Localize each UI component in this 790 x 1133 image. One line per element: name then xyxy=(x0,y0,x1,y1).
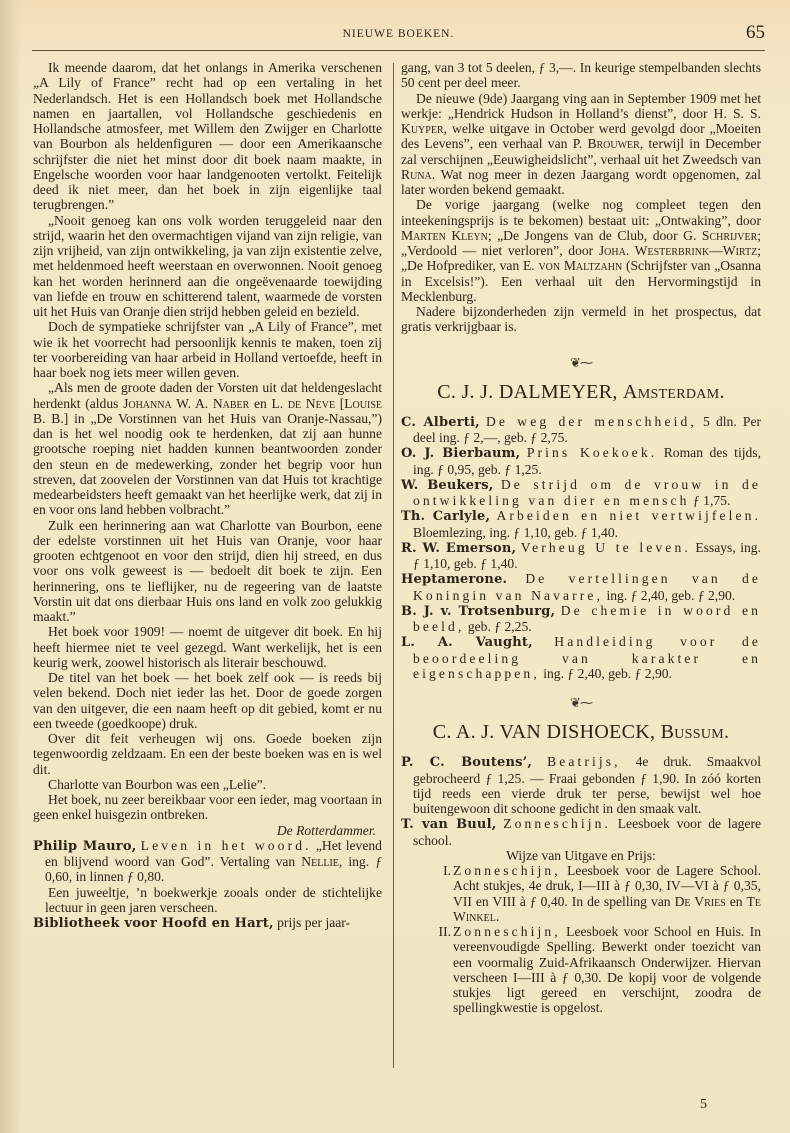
publisher-name: C. J. J. DALMEYER, xyxy=(437,381,617,403)
author-name: Marten Kleyn xyxy=(401,228,488,243)
author-name: Runa xyxy=(401,167,432,182)
publisher-heading-dalmeyer: C. J. J. DALMEYER, Amsterdam. xyxy=(401,380,761,404)
entry-author: Heptamerone. xyxy=(401,572,507,587)
author-name: Johanna W. A. Naber xyxy=(123,396,249,411)
signature-mark: 5 xyxy=(700,1097,707,1113)
paragraph: gang, van 3 tot 5 deelen, ƒ 3,—. In keur… xyxy=(401,60,761,91)
author-name: von Maltzahn xyxy=(538,258,622,273)
text: ; „De Jongens van de Club, door G. xyxy=(488,228,702,243)
paragraph: Ik meende daarom, dat het onlangs in Ame… xyxy=(33,60,382,213)
text: en L. xyxy=(249,396,287,411)
text: en xyxy=(726,894,747,909)
edition-number: II. xyxy=(427,924,451,939)
column-divider xyxy=(393,63,394,1068)
header-rule xyxy=(32,50,765,51)
page-number: 65 xyxy=(746,22,765,44)
entry-details: Bloemlezing, ing. ƒ 1,10, geb. ƒ 1,40. xyxy=(413,525,618,540)
page-binding-shadow xyxy=(0,0,22,1133)
author-name: Joha. Westerbrink—Wirtz xyxy=(599,243,757,258)
book-entry: W. Beukers, De strijd om de vrouw in de … xyxy=(401,477,761,509)
entry-title: Verheug U te leven. xyxy=(521,540,691,555)
text: . xyxy=(496,909,499,924)
paragraph: De nieuwe (9de) Jaargang ving aan in Sep… xyxy=(401,91,761,198)
entry-title: Leven in het woord. xyxy=(141,838,312,853)
book-entry-bibliotheek: Bibliotheek voor Hoofd en Hart, prijs pe… xyxy=(33,915,382,931)
entry-details: ƒ 1,75. xyxy=(690,493,731,508)
paragraph: Over dit feit verheugen wij ons. Goede b… xyxy=(33,731,382,777)
text: Een juweeltje, ’n boekwerkje zooals onde… xyxy=(45,885,382,915)
book-entry: O. J. Bierbaum, Prins Koekoek. Roman des… xyxy=(401,445,761,477)
text: ] in „De Vorstinnen van het Huis van Ora… xyxy=(33,411,382,518)
entry-title: De weg der menschheid, xyxy=(486,414,697,429)
edition-heading: Wijze van Uitgave en Prijs: xyxy=(401,848,761,863)
book-entry: R. W. Emerson, Verheug U te leven. Essay… xyxy=(401,540,761,572)
text: , ing. xyxy=(339,854,375,869)
running-title: NIEUWE BOEKEN. xyxy=(32,28,765,40)
entry-author: R. W. Emerson, xyxy=(401,541,516,556)
author-name: De Vries xyxy=(675,894,726,909)
entry-author: T. van Buul, xyxy=(401,817,496,832)
entry-title: Zonneschijn, xyxy=(453,924,561,939)
paragraph: Het boek, nu zeer bereikbaar voor een ie… xyxy=(33,792,382,823)
entry-title: Zonneschijn, xyxy=(453,863,561,878)
right-column: gang, van 3 tot 5 deelen, ƒ 3,—. In keur… xyxy=(401,60,761,1016)
fleuron-ornament-icon: ❦⁓ xyxy=(401,695,761,710)
book-entry-boutens: P. C. Boutens’, Beatrijs, 4e druk. Smaak… xyxy=(401,754,761,816)
book-entry: C. Alberti, De weg der menschheid, 5 dln… xyxy=(401,414,761,446)
book-entry-mauro: Philip Mauro, Leven in het woord. „Het l… xyxy=(33,838,382,885)
text: 0,60, in linnen xyxy=(45,869,127,884)
fleuron-ornament-icon: ❦⁓ xyxy=(401,355,761,370)
paragraph: Doch de sympatieke schrijfster van „A Li… xyxy=(33,319,382,380)
florin-sign: ƒ xyxy=(127,869,134,884)
paragraph: Zulk een herinnering aan wat Charlotte v… xyxy=(33,518,382,625)
entry-author: B. J. v. Trotsenburg, xyxy=(401,604,555,619)
book-entry: Heptamerone. De vertellingen van de Koni… xyxy=(401,571,761,603)
text: [ xyxy=(335,396,344,411)
text: De nieuwe (9de) Jaargang ving aan in Sep… xyxy=(401,91,761,121)
text: 0,80. xyxy=(134,869,165,884)
entry-author: Philip Mauro, xyxy=(33,839,136,854)
publisher-heading-dishoeck: C. A. J. VAN DISHOECK, Bussum. xyxy=(401,720,761,744)
publisher-city: Bussum. xyxy=(661,721,730,743)
text: . Wat nog meer in dezen Jaargang wordt o… xyxy=(401,167,761,197)
edition-number: I. xyxy=(427,863,451,878)
page-header: NIEUWE BOEKEN. 65 xyxy=(32,20,765,50)
paragraph: Charlotte van Bourbon was een „Lelie”. xyxy=(33,777,382,792)
book-entry-vanbuul: T. van Buul, Zonneschijn. Leesboek voor … xyxy=(401,816,761,848)
book-entry: L. A. Vaught, Handleiding voor de beoord… xyxy=(401,634,761,681)
paragraph: Het boek voor 1909! — noemt de uitgever … xyxy=(33,624,382,670)
paragraph: „Nooit genoeg kan ons volk worden terugg… xyxy=(33,213,382,320)
edition-item: I.Zonneschijn, Leesboek voor de Lagere S… xyxy=(401,863,761,924)
paragraph: „Als men de groote daden der Vorsten uit… xyxy=(33,380,382,517)
entry-author: C. Alberti, xyxy=(401,415,480,430)
paragraph: De vorige jaargang (welke nog compleet t… xyxy=(401,197,761,304)
entry-author: L. A. Vaught, xyxy=(401,635,533,650)
entry-title: Zonneschijn. xyxy=(503,816,611,831)
entry-details: ing. ƒ 2,40, geb. ƒ 2,90. xyxy=(603,588,735,603)
florin-sign: ƒ xyxy=(375,854,382,869)
entry-title: Prins Koekoek. xyxy=(527,445,657,460)
entry-details: geb. ƒ 2,25. xyxy=(464,619,531,634)
entry-author: P. C. Boutens’, xyxy=(401,755,532,770)
publisher-city: Amsterdam. xyxy=(623,381,725,403)
entry-details: ing. ƒ 2,40, geb. ƒ 2,90. xyxy=(540,666,672,681)
entry-author: O. J. Bierbaum, xyxy=(401,446,520,461)
paragraph: De titel van het boek — het boek zelf oo… xyxy=(33,670,382,731)
entry-title-bold: Bibliotheek voor Hoofd en Hart, xyxy=(33,916,274,931)
publisher-name: C. A. J. VAN DISHOECK, xyxy=(433,721,656,743)
entry-title: Beatrijs, xyxy=(547,754,621,769)
left-column: Ik meende daarom, dat het onlangs in Ame… xyxy=(33,60,382,931)
edition-item: II.Zonneschijn, Leesboek voor School en … xyxy=(401,924,761,1016)
translator-name: Nellie xyxy=(301,854,339,869)
entry-title: Arbeiden en niet vertwijfelen. xyxy=(496,508,761,523)
author-name: Brouwer xyxy=(587,136,639,151)
book-entry: Th. Carlyle, Arbeiden en niet vertwijfel… xyxy=(401,508,761,540)
book-entry: B. J. v. Trotsenburg, De chemie in woord… xyxy=(401,603,761,635)
text: prijs per jaar- xyxy=(274,915,350,930)
review-text: Een juweeltje, ’n boekwerkje zooals onde… xyxy=(33,885,382,916)
source-attribution: De Rotterdammer. xyxy=(33,823,382,838)
paragraph: Nadere bijzonderheden zijn vermeld in he… xyxy=(401,304,761,335)
entry-author: Th. Carlyle, xyxy=(401,509,490,524)
author-name: Kuyper xyxy=(401,121,444,136)
entry-author: W. Beukers, xyxy=(401,478,494,493)
author-name: de Neve xyxy=(288,396,335,411)
text: De vorige jaargang (welke nog compleet t… xyxy=(401,197,761,227)
author-name: Schrijver xyxy=(702,228,757,243)
